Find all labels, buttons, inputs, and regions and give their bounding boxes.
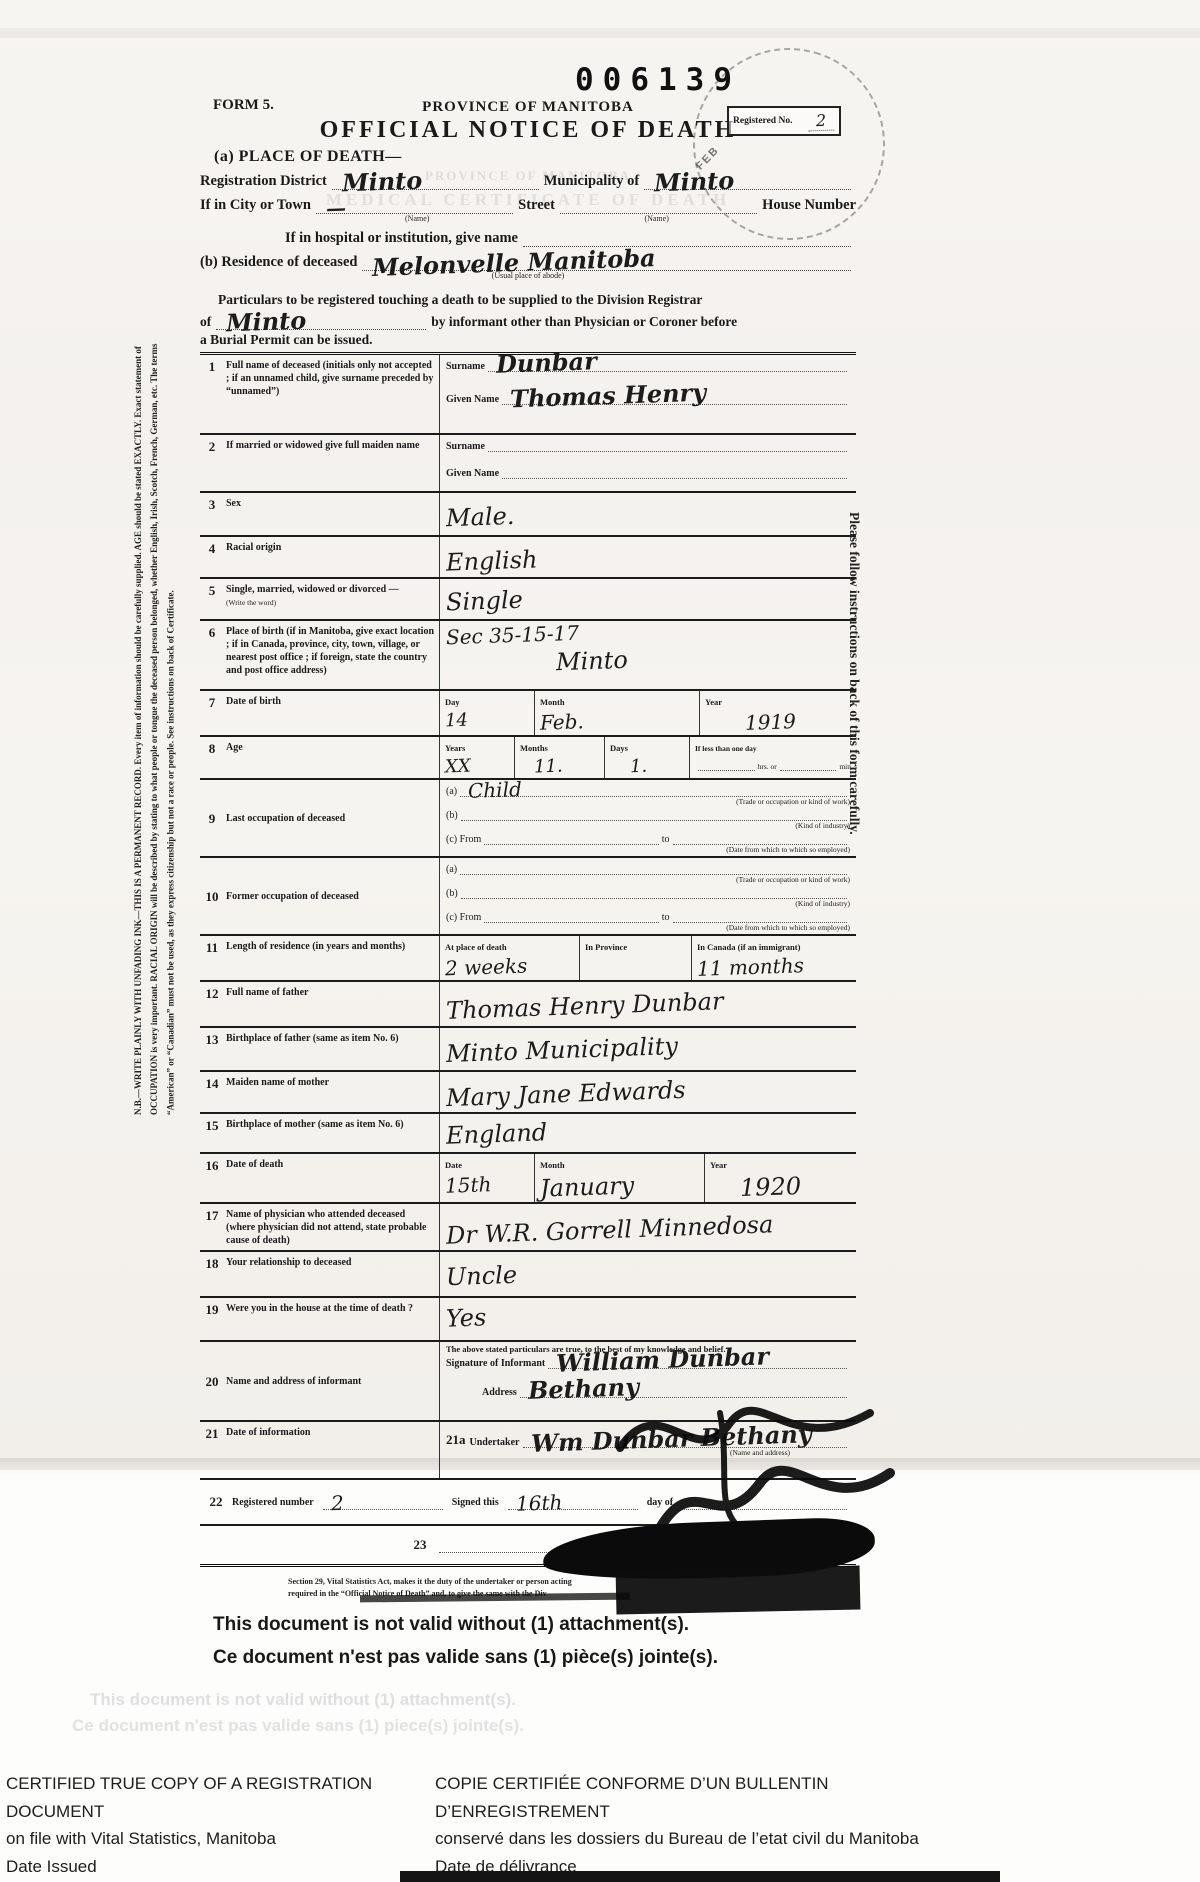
- occupation-c-to-label: to: [662, 834, 670, 845]
- hospital-label: If in hospital or institution, give name: [285, 230, 518, 247]
- row-number: 5: [202, 583, 222, 616]
- years-value: XX: [445, 756, 471, 778]
- row-number: 15: [202, 1118, 222, 1149]
- place-of-death-section: (a) PLACE OF DEATH— Registration Distric…: [200, 146, 856, 348]
- registered-no-value: 2: [808, 111, 835, 132]
- days-header: Days: [610, 743, 628, 753]
- given-name-line: Given Name: [446, 464, 850, 479]
- city-field: —: [316, 196, 513, 214]
- month-header: Month: [540, 697, 565, 707]
- father-birthplace-value: Minto Municipality: [446, 1032, 679, 1068]
- surname-line: SurnameDunbar: [446, 357, 850, 372]
- row-label: Racial origin: [226, 541, 281, 574]
- mother-birthplace-value: England: [446, 1118, 548, 1150]
- validity-en: This document is not valid without (1) a…: [213, 1608, 718, 1641]
- father-name-value: Thomas Henry Dunbar: [446, 987, 724, 1025]
- surname-value: Dunbar: [495, 346, 597, 378]
- row-label: Last occupation of deceased: [226, 812, 345, 825]
- day-header: Day: [445, 697, 460, 707]
- row-number: 18: [202, 1256, 222, 1293]
- month-value: Feb.: [540, 709, 585, 735]
- row-number: 4: [202, 541, 222, 574]
- month-value: January: [540, 1171, 635, 1202]
- table-row: 13Birthplace of father (same as item No.…: [200, 1028, 856, 1072]
- ghost-validity-fr: Ce document n'est pas valide sans (1) pi…: [72, 1716, 524, 1736]
- city-street-line: If in City or Town — Street House Number: [200, 196, 856, 214]
- residence-label: (b) Residence of deceased: [200, 254, 357, 271]
- cert-fr-title: COPIE CERTIFIÉE CONFORME D’UN BULLENTIN …: [435, 1770, 955, 1825]
- date-header: Date: [445, 1160, 462, 1170]
- table-row: 14Maiden name of mother Mary Jane Edward…: [200, 1072, 856, 1114]
- ink-smear: [360, 1593, 630, 1603]
- year-header: Year: [705, 697, 722, 707]
- registration-district-label: Registration District: [200, 173, 327, 190]
- scan-shadow-band: [0, 28, 1200, 38]
- municipality-value: Minto: [654, 166, 735, 198]
- former-occupation-c-to-label: to: [662, 912, 670, 923]
- table-row: 3Sex Male.: [200, 493, 856, 537]
- ghost-validity-en: This document is not valid without (1) a…: [90, 1690, 516, 1710]
- registered-number-value: 2: [330, 1490, 344, 1514]
- residence-field: Melonvelle Manitoba: [362, 253, 851, 271]
- certification-english: CERTIFIED TRUE COPY OF A REGISTRATION DO…: [6, 1770, 426, 1880]
- at-place-of-death-value: 2 weeks: [445, 954, 528, 981]
- occupation-a-value: Child: [468, 777, 523, 803]
- former-occupation-c-caption: (Date from which to which so employed): [446, 923, 850, 932]
- street-name-caption: (Name): [644, 214, 668, 223]
- signature-value: William Dunbar: [556, 1341, 770, 1377]
- less-than-one-day-header: If less than one day: [695, 744, 757, 753]
- row-number: 13: [202, 1032, 222, 1067]
- row-number: 17: [202, 1208, 222, 1247]
- occupation-c-from-field: [484, 830, 658, 845]
- scanned-death-notice-page: PROVINCE OF MANITOBA MEDICAL CERTIFICATE…: [0, 0, 1200, 1882]
- hrs-label: hrs. or: [758, 762, 777, 771]
- table-row: 19Were you in the house at the time of d…: [200, 1298, 856, 1342]
- in-canada-header: In Canada (if an immigrant): [697, 942, 800, 952]
- racial-origin-value: English: [446, 545, 538, 576]
- table-row: 1Full name of deceased (initials only no…: [200, 355, 856, 435]
- surname-field: Dunbar: [488, 357, 847, 372]
- row-label: Length of residence (in years and months…: [226, 940, 405, 977]
- cert-en-line2: on file with Vital Statistics, Manitoba: [6, 1825, 426, 1853]
- residence-length-columns: At place of death2 weeks In Province In …: [440, 936, 856, 980]
- row-label: Date of birth: [226, 695, 281, 732]
- row-number: 16: [202, 1158, 222, 1199]
- sex-value: Male.: [446, 502, 515, 532]
- marital-status-value: Single: [446, 586, 524, 617]
- caption-spacer: [200, 214, 405, 223]
- table-row: 6Place of birth (if in Manitoba, give ex…: [200, 621, 856, 691]
- row-number: 8: [202, 741, 222, 775]
- former-occupation-c-from-label: (c) From: [446, 912, 481, 923]
- right-margin-instructions: Please follow instructions on back of th…: [846, 512, 862, 942]
- division-registrar-field: Minto: [216, 312, 426, 330]
- row-number: 21: [202, 1426, 222, 1475]
- municipality-label: Municipality of: [544, 173, 639, 190]
- undertaker-label: Undertaker: [470, 1437, 520, 1448]
- date-value: 15th: [445, 1172, 492, 1198]
- row-number: 14: [202, 1076, 222, 1109]
- row-number: 20: [202, 1374, 222, 1390]
- months-value: 11.: [534, 756, 563, 778]
- row-sublabel: (Write the word): [226, 598, 276, 607]
- physician-value: Dr W.R. Gorrell Minnedosa: [446, 1210, 774, 1249]
- caption-spacer: [429, 214, 644, 223]
- months-header: Months: [520, 743, 548, 753]
- row-number: 22: [206, 1494, 226, 1510]
- former-occupation-a-label: (a): [446, 864, 457, 875]
- registered-no-box: Registered No. 2: [727, 106, 841, 136]
- relationship-value: Uncle: [446, 1261, 518, 1291]
- intro-line2-text: by informant other than Physician or Cor…: [431, 314, 737, 330]
- row-label: Former occupation of deceased: [226, 890, 359, 903]
- place-of-death-heading: (a) PLACE OF DEATH—: [214, 148, 856, 166]
- former-occupation-c-to-field: [673, 908, 847, 923]
- row-label: Birthplace of mother (same as item No. 6…: [226, 1118, 404, 1149]
- street-field: [560, 196, 757, 214]
- row-21a-number: 21a: [446, 1432, 466, 1448]
- row-number: 7: [202, 695, 222, 732]
- table-row: 9Last occupation of deceased (a)Child (T…: [200, 780, 856, 858]
- row-label: Date of information: [226, 1426, 310, 1475]
- table-row: 4Racial origin English: [200, 537, 856, 579]
- occupation-c-to-field: [673, 830, 847, 845]
- row-label: Date of death: [226, 1158, 283, 1199]
- min-field: [780, 756, 837, 771]
- former-occupation-b-field: [461, 884, 847, 899]
- mother-maiden-name-value: Mary Jane Edwards: [446, 1076, 686, 1112]
- row-label: Sex: [226, 497, 241, 532]
- row-number: 19: [202, 1302, 222, 1337]
- city-value: —: [326, 196, 347, 221]
- informant-signature-line: Signature of InformantWilliam Dunbar: [446, 1354, 850, 1369]
- row-number: 11: [202, 940, 222, 977]
- registration-district-value: Minto: [341, 166, 422, 198]
- table-row: 7Date of birth Day14 MonthFeb. Year1919: [200, 691, 856, 737]
- given-name-field: Thomas Henry: [502, 390, 847, 405]
- former-occupation-c-line: (c) Fromto: [446, 908, 850, 923]
- row-label-wrap: Single, married, widowed or divorced —(W…: [226, 583, 399, 616]
- former-occupation-c-from-field: [484, 908, 658, 923]
- address-label: Address: [482, 1387, 517, 1398]
- years-header: Years: [445, 743, 465, 753]
- table-row: 17Name of physician who attended decease…: [200, 1204, 856, 1252]
- in-province-header: In Province: [585, 942, 627, 952]
- hrs-field: [698, 756, 755, 771]
- street-label: Street: [518, 197, 555, 214]
- hospital-field: [523, 229, 851, 247]
- table-row: 16Date of death Date15th MonthJanuary Ye…: [200, 1154, 856, 1204]
- validity-notice: This document is not valid without (1) a…: [213, 1608, 718, 1675]
- cert-en-line3: Date Issued: [6, 1853, 426, 1881]
- in-house-value: Yes: [446, 1303, 487, 1332]
- former-occupation-b-line: (b): [446, 884, 850, 899]
- year-value: 1919: [745, 709, 797, 735]
- row-label: Age: [226, 741, 243, 775]
- row-label: Name of physician who attended deceased …: [226, 1208, 435, 1247]
- occupation-c-from-label: (c) From: [446, 834, 481, 845]
- age-columns: YearsXX Months11. Days1. If less than on…: [440, 737, 856, 778]
- registered-number-field: 2: [323, 1495, 443, 1510]
- name-captions: (Name) (Name): [200, 214, 856, 223]
- hospital-line: If in hospital or institution, give name: [285, 229, 856, 247]
- occupation-c-line: (c) Fromto: [446, 830, 850, 845]
- house-number-label: House Number: [762, 197, 856, 214]
- birthplace-value: Sec 35-15-17: [446, 621, 580, 650]
- signed-day-value: 16th: [515, 1490, 562, 1516]
- row-number: 10: [202, 889, 222, 905]
- municipality-field: Minto: [644, 172, 851, 190]
- date-of-birth-columns: Day14 MonthFeb. Year1919: [440, 691, 856, 735]
- validity-fr: Ce document n'est pas valide sans (1) pi…: [213, 1641, 718, 1674]
- row-number: 3: [202, 497, 222, 532]
- former-occupation-b-label: (b): [446, 888, 458, 899]
- table-row: 18Your relationship to deceased Uncle: [200, 1252, 856, 1298]
- row-number: 6: [202, 625, 222, 686]
- surname-label: Surname: [446, 361, 485, 372]
- occupation-b-label: (b): [446, 810, 458, 821]
- row-number: 12: [202, 986, 222, 1023]
- former-occupation-b-caption: (Kind of industry): [446, 899, 850, 908]
- given-name-value: Thomas Henry: [510, 378, 707, 414]
- signed-this-label: Signed this: [452, 1496, 499, 1509]
- surname-label: Surname: [446, 441, 485, 452]
- row-number: 1: [202, 359, 222, 430]
- cert-en-title: CERTIFIED TRUE COPY OF A REGISTRATION DO…: [6, 1770, 426, 1825]
- given-name-label: Given Name: [446, 394, 499, 405]
- hrs-min-line: hrs. ormin: [695, 756, 851, 771]
- row-number: 23: [410, 1537, 430, 1553]
- surname-line: Surname: [446, 437, 850, 452]
- in-canada-value: 11 months: [697, 953, 805, 981]
- table-row: 5Single, married, widowed or divorced —(…: [200, 579, 856, 621]
- table-row: 11Length of residence (in years and mont…: [200, 936, 856, 982]
- occupation-b-caption: (Kind of industry): [446, 821, 850, 830]
- year-header: Year: [710, 1160, 727, 1170]
- former-occupation-a-field: [460, 860, 847, 875]
- occupation-b-field: [461, 806, 847, 821]
- days-value: 1.: [630, 756, 648, 778]
- row-label: Your relationship to deceased: [226, 1256, 351, 1293]
- intro-line2: of Minto by informant other than Physici…: [200, 312, 856, 330]
- given-name-field: [502, 464, 847, 479]
- intro-line1: Particulars to be registered touching a …: [218, 292, 856, 308]
- left-margin-instructions: N.B.—WRITE PLAINLY WITH UNFADING INK—THI…: [130, 335, 204, 1115]
- year-value: 1920: [740, 1172, 802, 1202]
- table-row: 2If married or widowed give full maiden …: [200, 435, 856, 493]
- registration-district-field: Minto: [332, 172, 539, 190]
- date-of-death-columns: Date15th MonthJanuary Year1920: [440, 1154, 856, 1202]
- registered-number-label: Registered number: [232, 1496, 314, 1509]
- former-occupation-a-line: (a): [446, 860, 850, 875]
- row-label: Full name of father: [226, 986, 309, 1023]
- row-label: Full name of deceased (initials only not…: [226, 359, 435, 430]
- row-label: Were you in the house at the time of dea…: [226, 1302, 413, 1337]
- given-name-label: Given Name: [446, 468, 499, 479]
- certification-french: COPIE CERTIFIÉE CONFORME D’UN BULLENTIN …: [435, 1770, 955, 1880]
- signature-field: William Dunbar: [548, 1354, 847, 1369]
- registration-district-line: Registration District Minto Municipality…: [200, 172, 856, 190]
- cert-fr-line2: conservé dans les dossiers du Bureau de …: [435, 1825, 955, 1853]
- table-row: 15Birthplace of mother (same as item No.…: [200, 1114, 856, 1154]
- day-value: 14: [445, 710, 469, 732]
- scan-bottom-bar: [400, 1871, 1000, 1882]
- row-number: 2: [202, 439, 222, 488]
- row-number: 9: [202, 811, 222, 827]
- row-label: Birthplace of father (same as item No. 6…: [226, 1032, 399, 1067]
- row-label: Place of birth (if in Manitoba, give exa…: [226, 625, 435, 686]
- surname-field: [488, 437, 847, 452]
- row-label: Single, married, widowed or divorced —: [226, 584, 399, 595]
- occupation-a-line: (a)Child: [446, 782, 850, 797]
- birthplace-value2: Minto: [556, 646, 629, 676]
- given-name-line: Given NameThomas Henry: [446, 390, 850, 405]
- city-label: If in City or Town: [200, 197, 311, 214]
- signature-label: Signature of Informant: [446, 1358, 545, 1369]
- division-registrar-value: Minto: [226, 306, 307, 338]
- occupation-a-label: (a): [446, 786, 457, 797]
- city-name-caption: (Name): [405, 214, 429, 223]
- table-row: 8Age YearsXX Months11. Days1. If less th…: [200, 737, 856, 780]
- at-place-of-death-header: At place of death: [445, 942, 507, 952]
- row-label: If married or widowed give full maiden n…: [226, 439, 419, 488]
- row-label: Name and address of informant: [226, 1375, 361, 1388]
- table-row: 10Former occupation of deceased (a) (Tra…: [200, 858, 856, 936]
- residence-line: (b) Residence of deceased Melonvelle Man…: [200, 253, 856, 271]
- occupation-a-field: Child: [460, 782, 847, 797]
- table-row: 12Full name of father Thomas Henry Dunba…: [200, 982, 856, 1028]
- row-label: Maiden name of mother: [226, 1076, 329, 1109]
- occupation-b-line: (b): [446, 806, 850, 821]
- month-header: Month: [540, 1160, 565, 1170]
- former-occupation-a-caption: (Trade or occupation or kind of work): [446, 875, 850, 884]
- intro-of-label: of: [200, 314, 211, 330]
- occupation-c-caption: (Date from which to which so employed): [446, 845, 850, 854]
- registered-no-label: Registered No.: [733, 116, 792, 126]
